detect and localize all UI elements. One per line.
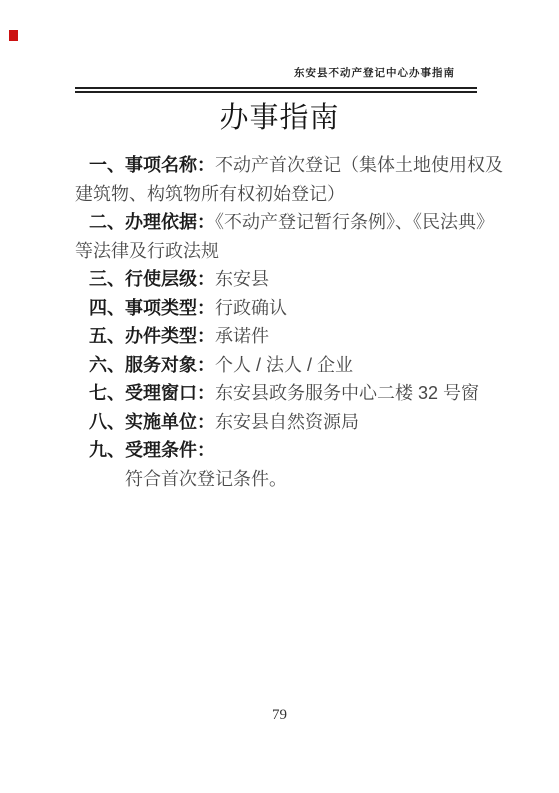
- red-marker: [9, 30, 18, 41]
- guide-line-label: 四、事项类型：: [89, 298, 215, 318]
- guide-line-value: 《不动产登记暂行条例》、《民法典》: [215, 212, 494, 232]
- guide-line: 三、行使层级：东安县: [75, 265, 477, 294]
- document-page: 东安县不动产登记中心办事指南 办事指南 一、事项名称：不动产首次登记（集体土地使…: [0, 0, 559, 793]
- running-header-text: 东安县不动产登记中心办事指南: [294, 68, 455, 79]
- guide-line: 七、受理窗口：东安县政务服务中心二楼 32 号窗: [75, 379, 477, 408]
- guide-line: 九、受理条件：: [75, 436, 477, 465]
- guide-line-label: 二、办理依据：: [89, 212, 215, 232]
- guide-line: 一、事项名称：不动产首次登记（集体土地使用权及: [75, 151, 477, 180]
- guide-line-value: 个人 / 法人 / 企业: [215, 355, 353, 375]
- guide-line-value: 符合首次登记条件。: [125, 469, 287, 489]
- guide-line-label: 八、实施单位：: [89, 412, 215, 432]
- guide-line: 等法律及行政法规: [75, 237, 477, 266]
- guide-line-label: 七、受理窗口：: [89, 383, 215, 403]
- guide-line-value: 东安县政务服务中心二楼 32 号窗: [215, 383, 479, 403]
- guide-line-value: 不动产首次登记（集体土地使用权及: [215, 155, 503, 175]
- guide-line-value: 建筑物、构筑物所有权初始登记）: [75, 184, 345, 204]
- guide-line: 四、事项类型：行政确认: [75, 294, 477, 323]
- guide-body: 一、事项名称：不动产首次登记（集体土地使用权及建筑物、构筑物所有权初始登记）二、…: [75, 151, 477, 493]
- guide-line-label: 六、服务对象：: [89, 355, 215, 375]
- guide-line-value: 承诺件: [215, 326, 269, 346]
- page-number: 79: [0, 706, 559, 724]
- guide-line-value: 东安县自然资源局: [215, 412, 359, 432]
- guide-line-value: 等法律及行政法规: [75, 241, 219, 261]
- guide-line-label: 九、受理条件：: [89, 440, 215, 460]
- guide-line: 建筑物、构筑物所有权初始登记）: [75, 180, 477, 209]
- guide-line: 八、实施单位：东安县自然资源局: [75, 408, 477, 437]
- guide-line-value: 行政确认: [215, 298, 287, 318]
- guide-line-label: 一、事项名称：: [89, 155, 215, 175]
- running-header: 东安县不动产登记中心办事指南: [75, 67, 477, 81]
- guide-line: 符合首次登记条件。: [75, 465, 477, 494]
- guide-line: 五、办件类型：承诺件: [75, 322, 477, 351]
- header-double-rule: [75, 87, 477, 93]
- guide-line: 二、办理依据：《不动产登记暂行条例》、《民法典》: [75, 208, 477, 237]
- guide-line-value: 东安县: [215, 269, 269, 289]
- guide-line: 六、服务对象：个人 / 法人 / 企业: [75, 351, 477, 380]
- rule-line-bottom: [75, 91, 477, 93]
- guide-line-label: 五、办件类型：: [89, 326, 215, 346]
- guide-line-label: 三、行使层级：: [89, 269, 215, 289]
- page-title: 办事指南: [0, 98, 559, 138]
